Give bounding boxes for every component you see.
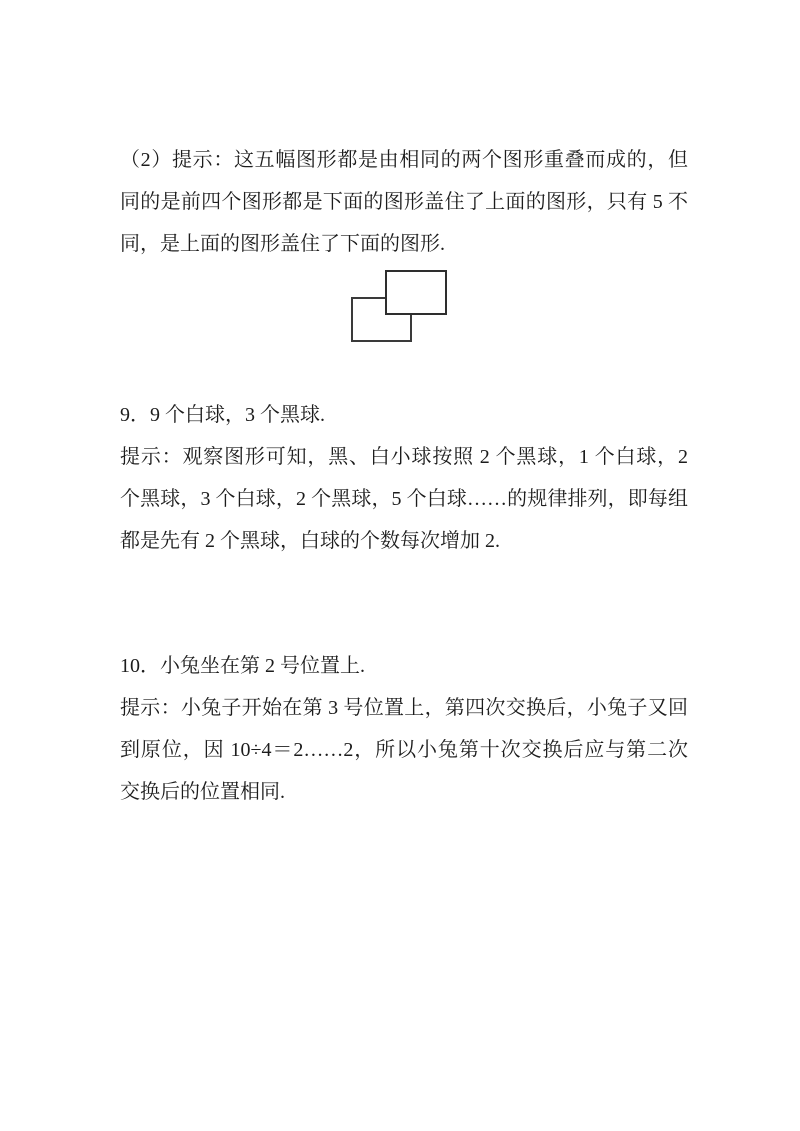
front-rectangle	[385, 270, 447, 315]
answer-line: 10．小兔坐在第 2 号位置上.	[120, 645, 688, 687]
answer-paragraph-9: 9．9 个白球，3 个黑球. 提示：观察图形可知，黑、白小球按照 2 个黑球，1…	[120, 394, 688, 562]
answer-line: 9．9 个白球，3 个黑球.	[120, 394, 688, 436]
worksheet-answer-page: （2）提示：这五幅图形都是由相同的两个图形重叠而成的，但不 同的是前四个图形都是…	[0, 0, 800, 1131]
hint-line: 提示：观察图形可知，黑、白小球按照 2 个黑球，1 个白球，2	[120, 436, 688, 478]
hint-line: 个黑球，3 个白球，2 个黑球，5 个白球……的规律排列，即每组	[120, 478, 688, 520]
text-line: （2）提示：这五幅图形都是由相同的两个图形重叠而成的，但不	[120, 139, 688, 181]
hint-line: 都是先有 2 个黑球，白球的个数每次增加 2.	[120, 520, 688, 562]
answer-paragraph-2: （2）提示：这五幅图形都是由相同的两个图形重叠而成的，但不 同的是前四个图形都是…	[120, 139, 688, 265]
hint-line: 交换后的位置相同.	[120, 771, 688, 813]
hint-line: 提示：小兔子开始在第 3 号位置上，第四次交换后，小兔子又回	[120, 687, 688, 729]
text-line: 同，是上面的图形盖住了下面的图形.	[120, 223, 688, 265]
text-line: 同的是前四个图形都是下面的图形盖住了上面的图形，只有 5 不	[120, 181, 688, 223]
hint-line: 到原位，因 10÷4＝2……2，所以小兔第十次交换后应与第二次	[120, 729, 688, 771]
answer-paragraph-10: 10．小兔坐在第 2 号位置上. 提示：小兔子开始在第 3 号位置上，第四次交换…	[120, 645, 688, 813]
